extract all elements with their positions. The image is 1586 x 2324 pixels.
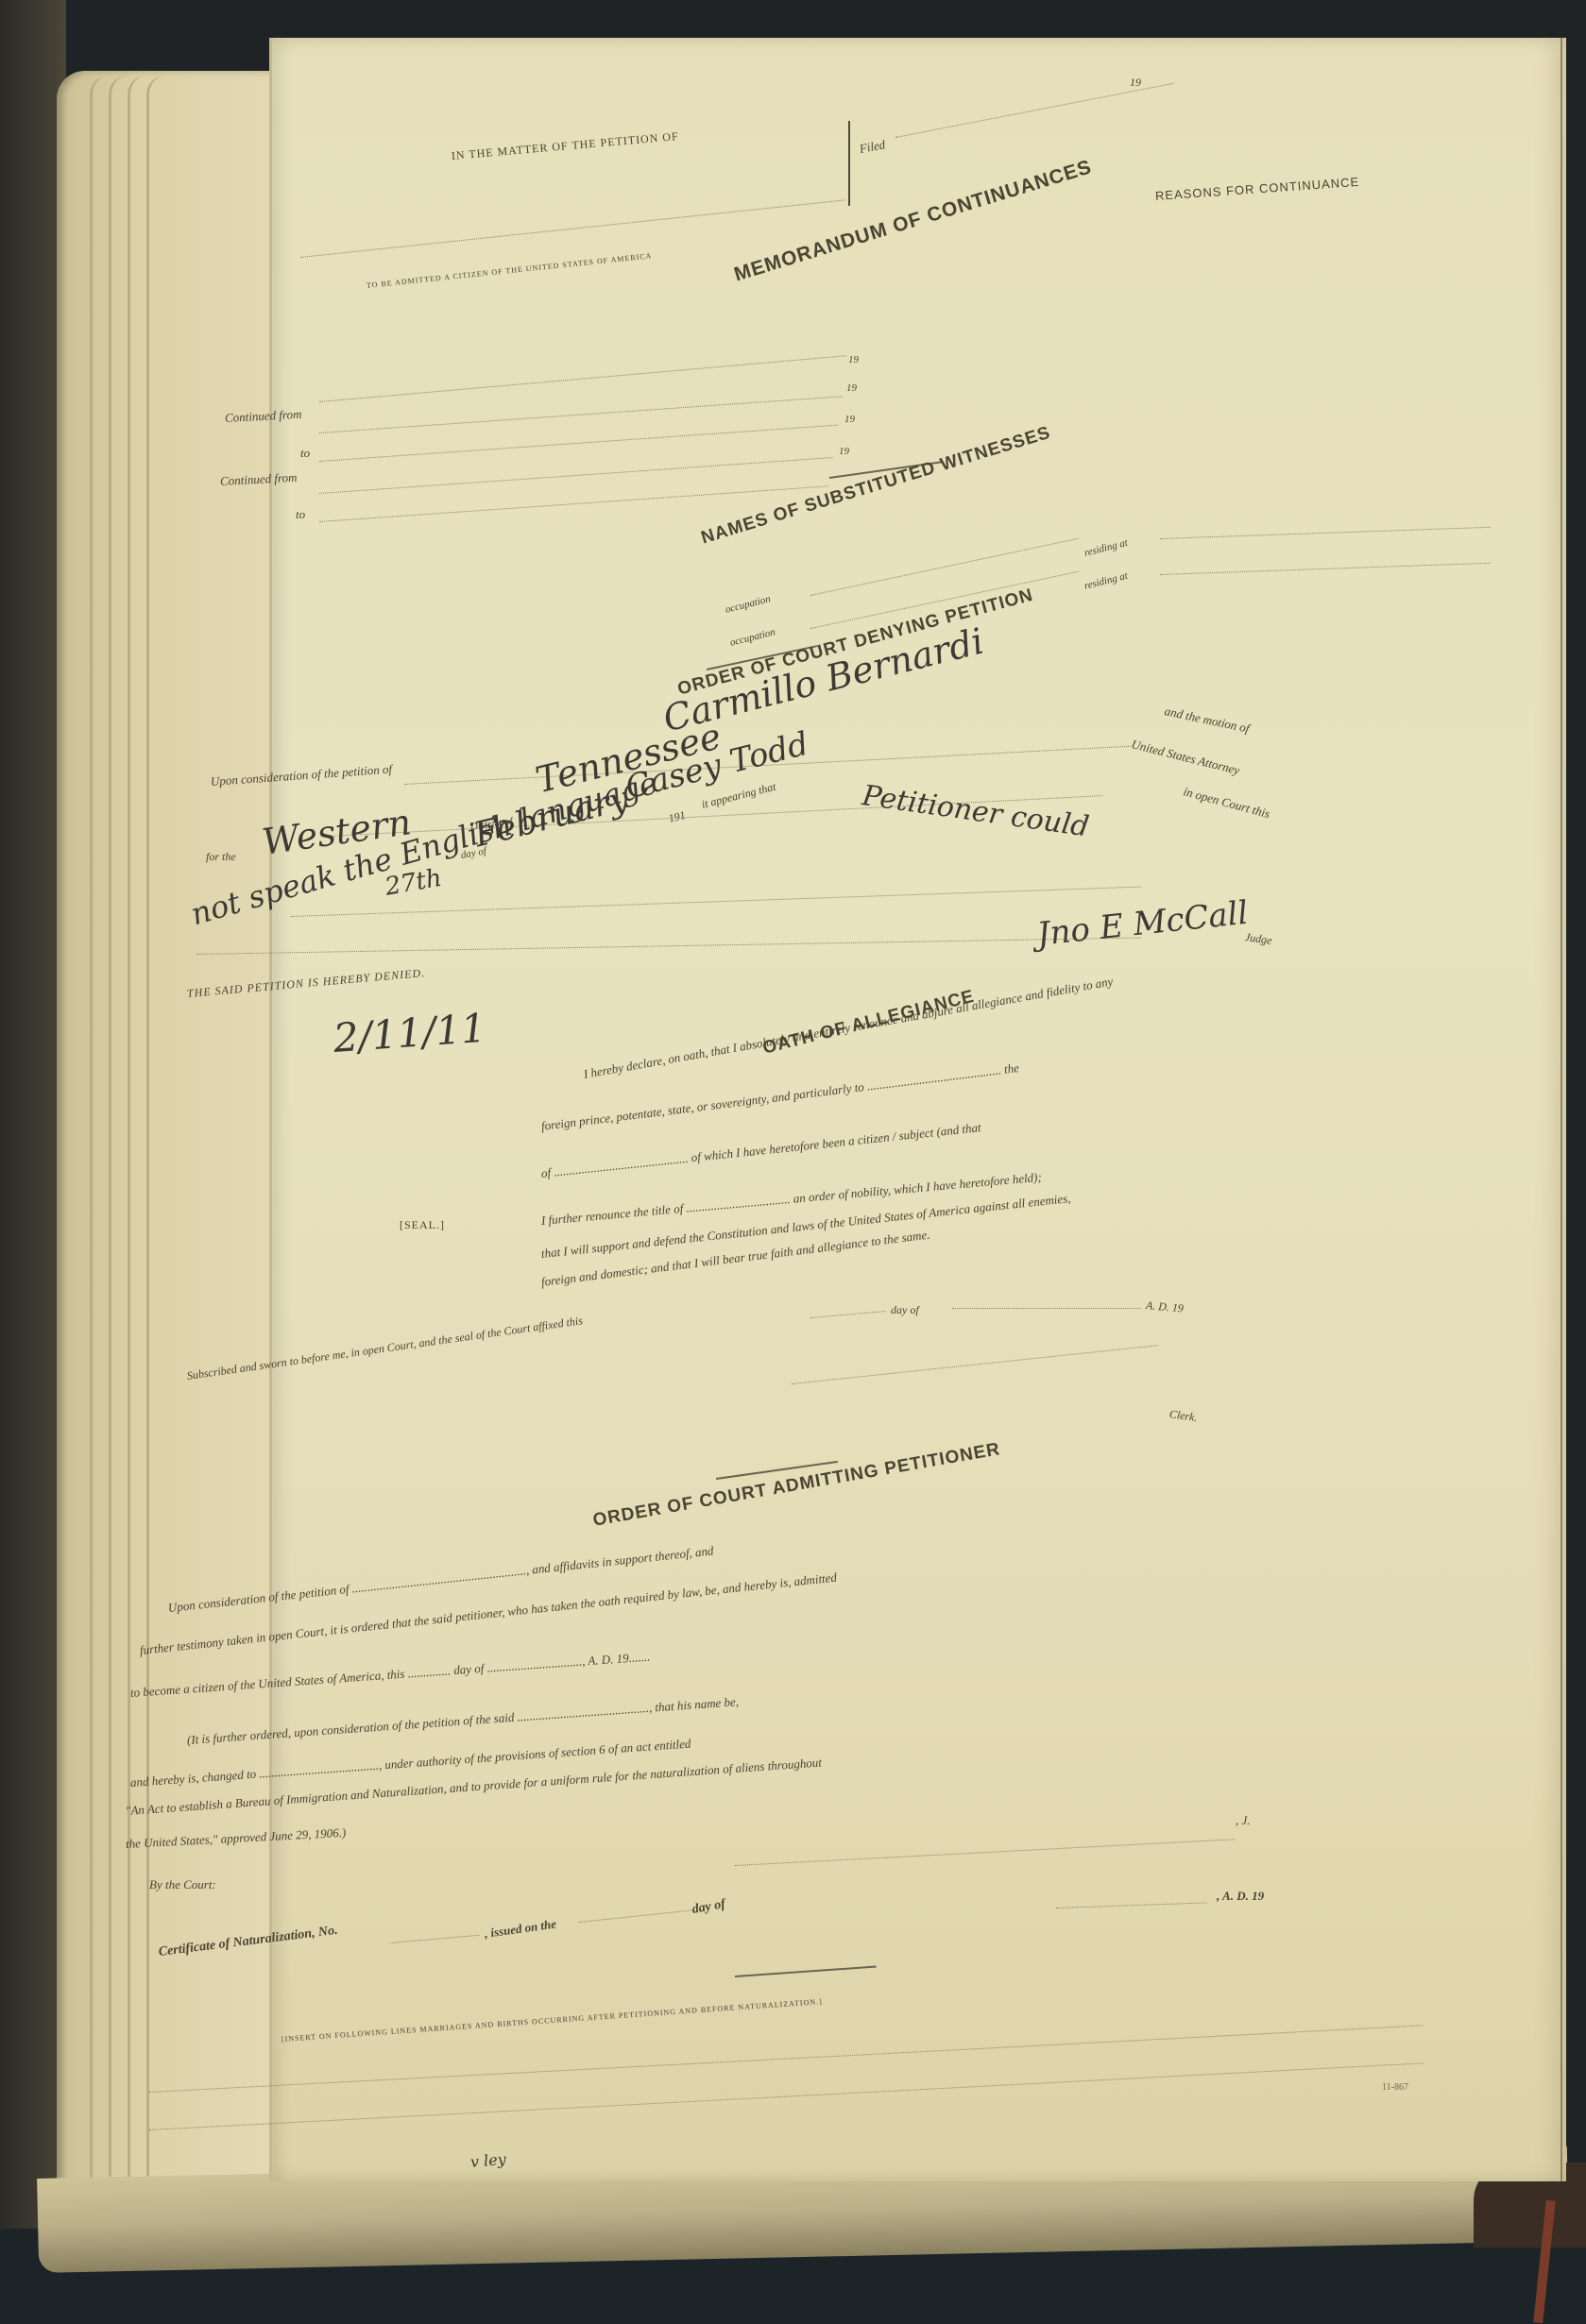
judge-label: Judge bbox=[1244, 930, 1272, 948]
occupation-label: occupation bbox=[725, 593, 772, 615]
continued-from-label: Continued from bbox=[225, 407, 302, 426]
admitting-judge-line bbox=[735, 1839, 1235, 1866]
continuance-year: 19 bbox=[848, 354, 859, 365]
clerk-label: Clerk. bbox=[1168, 1407, 1198, 1425]
witness-line bbox=[810, 538, 1079, 596]
reason-handwritten-1: Petitioner could bbox=[861, 779, 1091, 843]
filed-line bbox=[895, 83, 1174, 138]
footer-line bbox=[149, 2062, 1423, 2130]
residing-label: residing at bbox=[1083, 570, 1129, 592]
pencil-mark: v ley bbox=[469, 2150, 506, 2171]
matter-label: IN THE MATTER OF THE PETITION OF bbox=[451, 129, 679, 163]
admitting-judge-label: , J. bbox=[1236, 1813, 1251, 1828]
clerk-line bbox=[792, 1345, 1158, 1384]
form-number: 11-867 bbox=[1382, 2082, 1408, 2093]
motion-of-label: and the motion of bbox=[1163, 704, 1251, 737]
denial-date-handwritten: 2/11/11 bbox=[332, 1005, 487, 1061]
filed-label: Filed bbox=[859, 137, 887, 157]
oath-day-of-label: day of bbox=[891, 1303, 919, 1317]
residing-label: residing at bbox=[1083, 537, 1129, 559]
certificate-ad-label: , A. D. 19 bbox=[1217, 1889, 1264, 1904]
reasons-label: REASONS FOR CONTINUANCE bbox=[1154, 175, 1359, 203]
continuance-line bbox=[319, 396, 843, 433]
continuance-year: 19 bbox=[839, 446, 849, 457]
insert-note: [INSERT ON FOLLOWING LINES MARRIAGES AND… bbox=[281, 1997, 823, 2044]
us-attorney-label: United States Attorney bbox=[1130, 737, 1241, 778]
continuance-line bbox=[319, 425, 838, 462]
oath-month-line bbox=[952, 1308, 1141, 1309]
occupation-label: occupation bbox=[729, 626, 776, 648]
witness-address-line bbox=[1160, 563, 1491, 575]
to-label: to bbox=[300, 446, 310, 461]
witness-address-line bbox=[1160, 527, 1491, 539]
continuance-line bbox=[319, 355, 846, 402]
oath-ad-label: A. D. 19 bbox=[1145, 1298, 1184, 1315]
continuance-year: 19 bbox=[844, 414, 855, 425]
witnesses-title: NAMES OF SUBSTITUTED WITNESSES bbox=[699, 423, 1053, 550]
certificate-number-line bbox=[390, 1935, 480, 1943]
open-court-label: in open Court this bbox=[1182, 784, 1271, 822]
for-the-label: for the bbox=[206, 850, 236, 864]
continued-from-label: Continued from bbox=[220, 470, 298, 489]
to-label: to bbox=[296, 507, 305, 522]
admitted-label: TO BE ADMITTED A CITIZEN OF THE UNITED S… bbox=[367, 251, 653, 290]
certificate-day-line bbox=[579, 1909, 691, 1923]
certificate-month-line bbox=[1056, 1902, 1207, 1908]
oath-line: I hereby declare, on oath, that I absolu… bbox=[583, 974, 1115, 1082]
by-court-label: By the Court: bbox=[149, 1877, 216, 1892]
continuance-line bbox=[319, 457, 833, 494]
oath-line: of .....................................… bbox=[540, 1120, 981, 1181]
certificate-day-of-label: day of bbox=[691, 1897, 727, 1918]
reason-line bbox=[196, 938, 1141, 955]
filed-year: 19 bbox=[1130, 76, 1141, 90]
continuance-year: 19 bbox=[846, 382, 857, 394]
issued-label: , issued on the bbox=[484, 1916, 557, 1942]
header-divider bbox=[848, 121, 850, 206]
seal-label: [SEAL.] bbox=[400, 1218, 445, 1232]
oath-day-line bbox=[810, 1311, 886, 1318]
judge-signature: Jno E McCall bbox=[1035, 894, 1250, 954]
section-divider bbox=[735, 1966, 877, 1977]
admitting-title: ORDER OF COURT ADMITTING PETITIONER bbox=[591, 1439, 1002, 1532]
petitioner-name-line bbox=[300, 199, 845, 258]
continuances-title: MEMORANDUM OF CONTINUANCES bbox=[731, 156, 1094, 286]
year-prefix: 191 bbox=[667, 808, 687, 826]
ledger-page: IN THE MATTER OF THE PETITION OF Filed 1… bbox=[269, 38, 1566, 2181]
